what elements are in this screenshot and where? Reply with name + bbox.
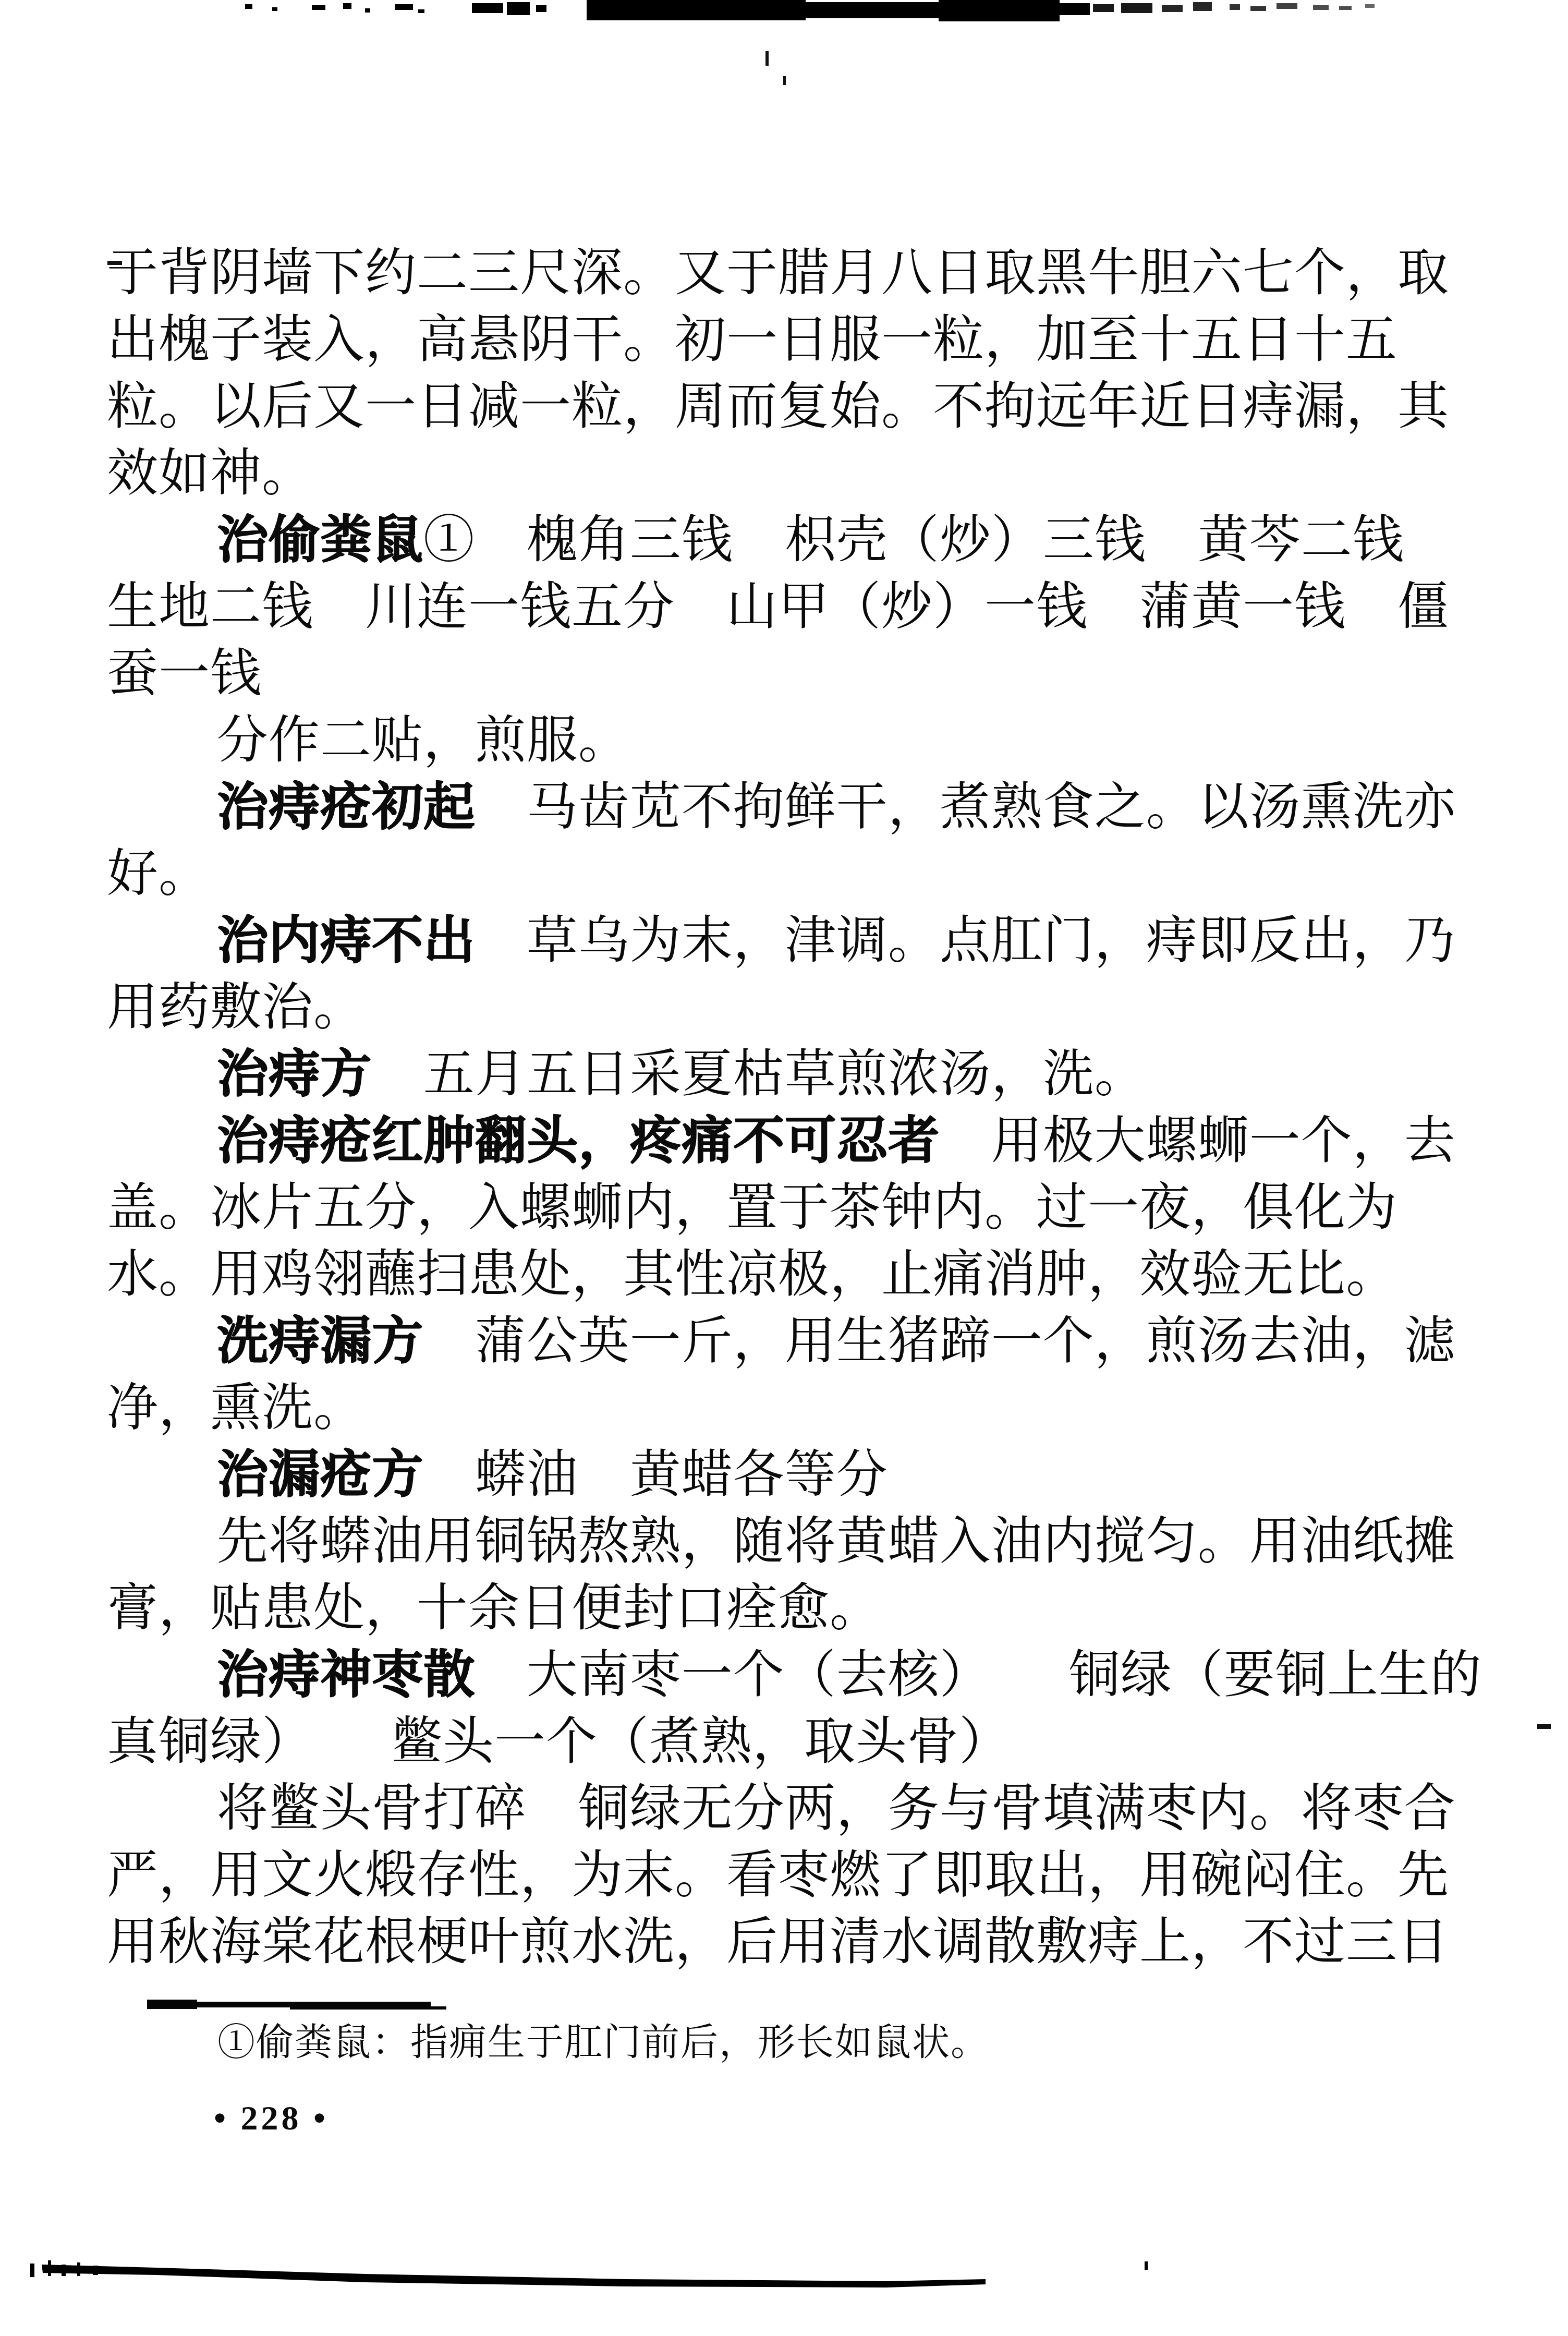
ink-speck: [783, 76, 786, 85]
body-text: 净，熏洗。: [107, 1380, 365, 1436]
text-line: 分作二贴，煎服。: [107, 707, 1490, 774]
page-number: • 228 •: [214, 2098, 329, 2139]
body-text: 水。用鸡翎蘸扫患处，其性凉极，止痛消肿，效验无比。: [107, 1246, 1397, 1303]
body-text: 盖。冰片五分，入螺蛳内，置于茶钟内。过一夜，俱化为: [107, 1180, 1397, 1236]
text-line: 蚕一钱: [107, 640, 1490, 707]
body-text: 生地二钱 川连一钱五分 山甲（炒）一钱 蒲黄一钱 僵: [107, 579, 1449, 635]
text-line: 盖。冰片五分，入螺蛳内，置于茶钟内。过一夜，俱化为: [107, 1175, 1490, 1241]
text-line: 治痔神枣散 大南枣一个（去核） 铜绿（要铜上生的: [107, 1642, 1490, 1709]
scanned-book-page: 于背阴墙下约二三尺深。又于腊月八日取黑牛胆六七个，取出槐子装入，高悬阴干。初一日…: [0, 0, 1568, 2336]
text-line: 治痔疮初起 马齿苋不拘鲜干，煮熟食之。以汤熏洗亦: [107, 774, 1490, 841]
body-text: 五月五日采夏枯草煎浓汤，洗。: [372, 1046, 1146, 1103]
ink-speck: [1537, 1724, 1551, 1729]
body-text: 草乌为末，津调。点肛门，痔即反出，乃: [475, 913, 1456, 969]
recipe-heading: 治痔疮红肿翻头，疼痛不可忍者: [217, 1113, 940, 1169]
body-text: 用极大螺蛳一个，去: [940, 1113, 1456, 1169]
body-text: 蟒油 黄蜡各等分: [423, 1447, 888, 1503]
text-line: 生地二钱 川连一钱五分 山甲（炒）一钱 蒲黄一钱 僵: [107, 574, 1490, 640]
recipe-heading: 治漏疮方: [217, 1447, 423, 1503]
footnote-divider: [150, 2002, 431, 2007]
text-line: 先将蟒油用铜锅熬熟，随将黄蜡入油内搅匀。用油纸摊: [107, 1508, 1490, 1575]
recipe-heading: 洗痔漏方: [217, 1313, 423, 1370]
recipe-heading: 治痔方: [217, 1046, 372, 1103]
divider-fragment: [147, 2000, 197, 2009]
body-text: 于背阴墙下约二三尺深。又于腊月八日取黑牛胆六七个，取: [107, 245, 1449, 301]
body-text: 真铜绿） 鳖头一个（煮熟，取头骨）: [107, 1714, 1011, 1770]
divider-fragment: [290, 2006, 446, 2010]
text-line: 治漏疮方 蟒油 黄蜡各等分: [107, 1442, 1490, 1508]
body-text: 将鳖头骨打碎 铜绿无分两，务与骨填满枣内。将枣合: [217, 1781, 1456, 1837]
text-line: 出槐子装入，高悬阴干。初一日服一粒，加至十五日十五: [107, 307, 1490, 373]
text-line: 真铜绿） 鳖头一个（煮熟，取头骨）: [107, 1709, 1490, 1775]
body-text: 先将蟒油用铜锅熬熟，随将黄蜡入油内搅匀。用油纸摊: [217, 1514, 1456, 1570]
text-line: 效如神。: [107, 440, 1490, 507]
body-text: 大南枣一个（去核） 铜绿（要铜上生的: [475, 1647, 1482, 1703]
text-line: 于背阴墙下约二三尺深。又于腊月八日取黑牛胆六七个，取: [107, 240, 1490, 307]
body-text: ① 槐角三钱 枳壳（炒）三钱 黄芩二钱: [423, 512, 1404, 568]
text-line: 将鳖头骨打碎 铜绿无分两，务与骨填满枣内。将枣合: [107, 1775, 1490, 1842]
body-text: 蚕一钱: [107, 646, 262, 702]
text-line: 净，熏洗。: [107, 1375, 1490, 1442]
recipe-heading: 治内痔不出: [217, 913, 475, 969]
body-text: 分作二贴，煎服。: [217, 712, 630, 769]
body-text: 马齿苋不拘鲜干，煮熟食之。以汤熏洗亦: [475, 779, 1456, 836]
text-line: 好。: [107, 841, 1490, 907]
recipe-heading: 治偷粪鼠: [217, 512, 423, 568]
body-text: 蒲公英一斤，用生猪蹄一个，煎汤去油，滤: [423, 1313, 1456, 1370]
text-line: 用药敷治。: [107, 974, 1490, 1041]
scan-artifact-bottom: [0, 2252, 1568, 2320]
body-text: 膏，贴患处，十余日便封口痊愈。: [107, 1580, 881, 1637]
ink-speck: [765, 51, 769, 66]
text-line: 洗痔漏方 蒲公英一斤，用生猪蹄一个，煎汤去油，滤: [107, 1308, 1490, 1375]
body-text: 粒。以后又一日减一粒，周而复始。不拘远年近日痔漏，其: [107, 379, 1449, 435]
text-line: 粒。以后又一日减一粒，周而复始。不拘远年近日痔漏，其: [107, 373, 1490, 440]
recipe-heading: 治痔神枣散: [217, 1647, 475, 1703]
text-line: 治痔疮红肿翻头，疼痛不可忍者 用极大螺蛳一个，去: [107, 1108, 1490, 1175]
text-line: 治偷粪鼠① 槐角三钱 枳壳（炒）三钱 黄芩二钱: [107, 507, 1490, 574]
body-text: 用秋海棠花根梗叶煎水洗，后用清水调散敷痔上，不过三日: [107, 1914, 1449, 1970]
text-line: 严，用文火煅存性，为末。看枣燃了即取出，用碗闷住。先: [107, 1842, 1490, 1909]
footnote: ①偷粪鼠：指痈生于肛门前后，形长如鼠状。: [107, 2017, 1490, 2067]
body-text: 用药敷治。: [107, 979, 365, 1036]
text-line: 治内痔不出 草乌为末，津调。点肛门，痔即反出，乃: [107, 907, 1490, 974]
text-line: 治痔方 五月五日采夏枯草煎浓汤，洗。: [107, 1041, 1490, 1108]
body-text: 严，用文火煅存性，为末。看枣燃了即取出，用碗闷住。先: [107, 1847, 1449, 1904]
text-block: 于背阴墙下约二三尺深。又于腊月八日取黑牛胆六七个，取出槐子装入，高悬阴干。初一日…: [107, 240, 1490, 1976]
body-text: 好。: [107, 846, 210, 902]
recipe-heading: 治痔疮初起: [217, 779, 475, 836]
text-line: 水。用鸡翎蘸扫患处，其性凉极，止痛消肿，效验无比。: [107, 1241, 1490, 1308]
text-line: 膏，贴患处，十余日便封口痊愈。: [107, 1575, 1490, 1642]
text-line: 用秋海棠花根梗叶煎水洗，后用清水调散敷痔上，不过三日: [107, 1909, 1490, 1976]
scan-artifact-top: [0, 0, 1568, 31]
body-text: 出槐子装入，高悬阴干。初一日服一粒，加至十五日十五: [107, 312, 1397, 368]
body-text: 效如神。: [107, 445, 313, 502]
